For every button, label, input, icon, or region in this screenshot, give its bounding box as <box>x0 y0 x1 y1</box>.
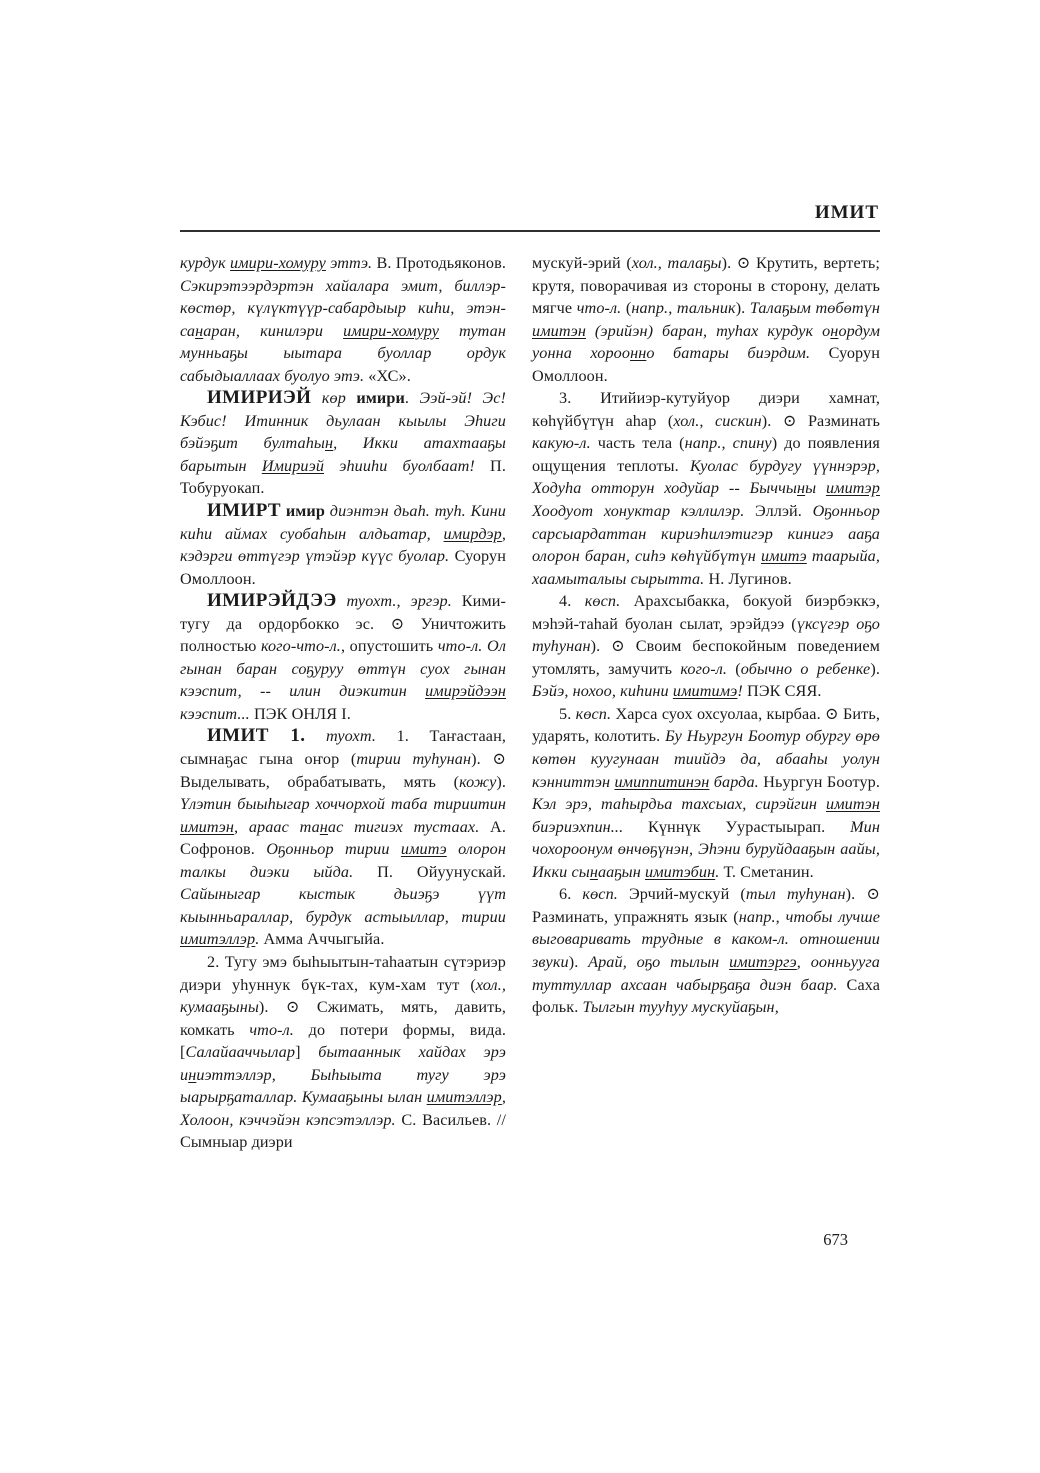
column-right: мускуй-эрий (хол., талаҕы). ⊙ Крутить, в… <box>532 252 880 1154</box>
text-block: курдук имири-хомуру эттэ. В. Протодьякон… <box>180 252 880 1154</box>
dictionary-paragraph: 2. Тугу эмэ быһыытын-таһаатын сүтэриэр д… <box>180 951 506 1154</box>
dictionary-paragraph: ИМИТ 1. туохт. 1. Таҥастаан, сымнаҕас гы… <box>180 725 506 950</box>
header-rule-divider <box>180 230 880 232</box>
column-left: курдук имири-хомуру эттэ. В. Протодьякон… <box>180 252 506 1154</box>
dictionary-paragraph: ИМИРЭЙДЭЭ туохт., эргэр. Кими-тугу да ор… <box>180 590 506 725</box>
dictionary-paragraph: ИМИРТ имир диэнтэн дьаһ. туһ. Кини киһи … <box>180 500 506 590</box>
dictionary-paragraph: 6. көсп. Эрчий-мускуй (тыл туһунан). ⊙ Р… <box>532 883 880 1018</box>
page-number: 673 <box>823 1230 848 1250</box>
dictionary-paragraph: курдук имири-хомуру эттэ. В. Протодьякон… <box>180 252 506 387</box>
dictionary-paragraph: 5. көсп. Харса суох охсуолаа, кырбаа. ⊙ … <box>532 703 880 883</box>
dictionary-paragraph: 4. көсп. Арахсыбакка, бокуой биэрбэккэ, … <box>532 590 880 703</box>
running-head: ИМИТ <box>815 202 879 224</box>
dictionary-paragraph: ИМИРИЭЙ көр имири. Ээй-эй! Эс! Кэбис! Ит… <box>180 387 506 500</box>
dictionary-paragraph: мускуй-эрий (хол., талаҕы). ⊙ Крутить, в… <box>532 252 880 387</box>
dictionary-page: ИМИТ курдук имири-хомуру эттэ. В. Протод… <box>0 0 1040 1473</box>
dictionary-paragraph: 3. Итийиэр-кутуйуор диэри хамнат, көһүйб… <box>532 387 880 590</box>
